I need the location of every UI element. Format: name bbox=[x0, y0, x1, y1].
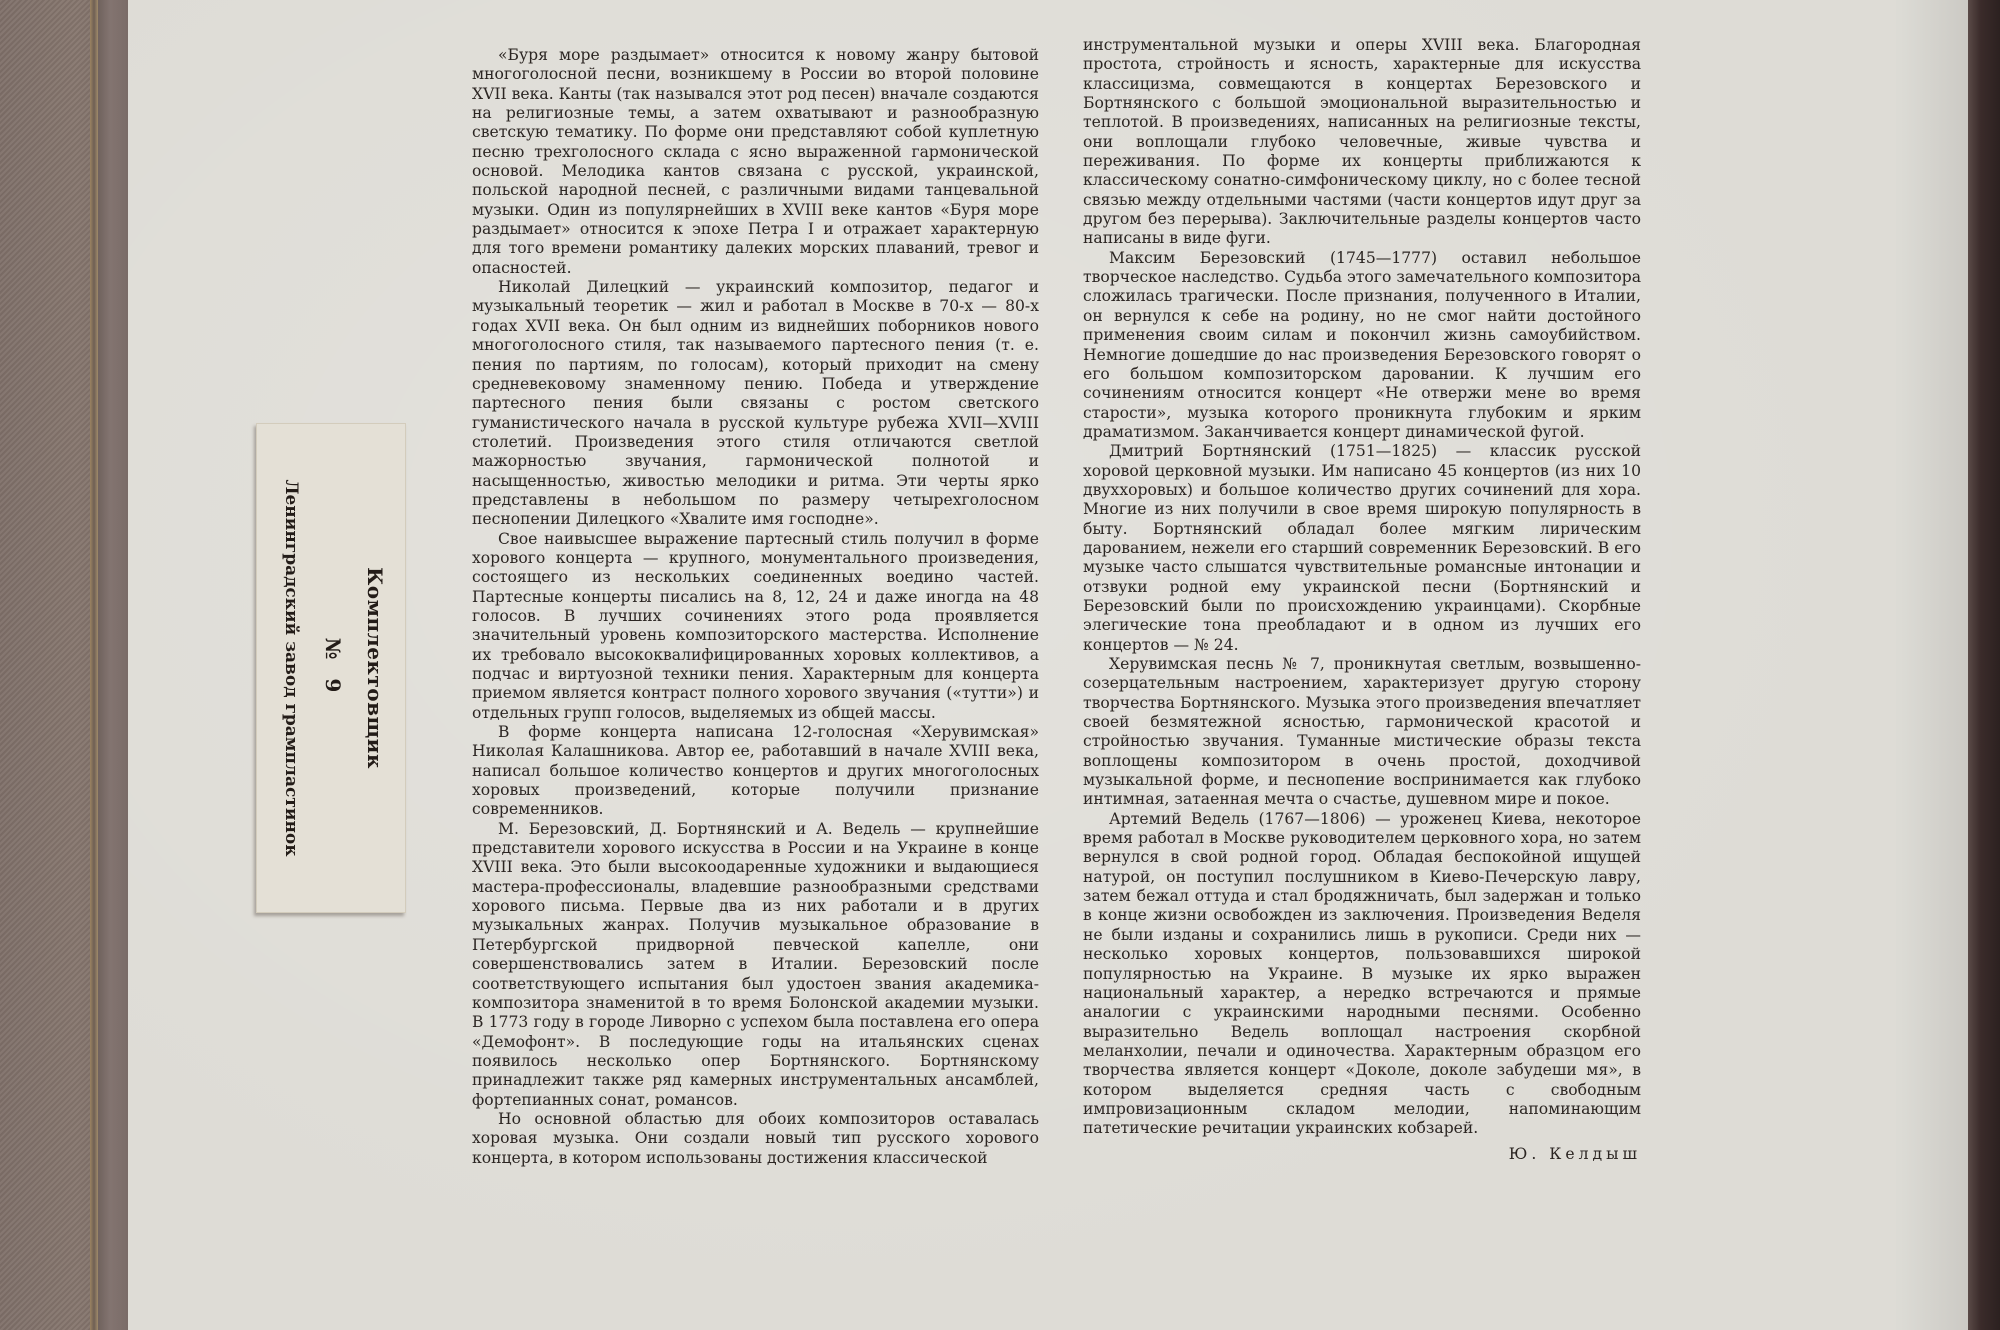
paragraph-vedel: Артемий Ведель (1767—1806) — уроженец Ки… bbox=[1083, 810, 1641, 1139]
binding-flap bbox=[98, 0, 128, 1330]
paragraph-three-composers: М. Березовский, Д. Бортнянский и А. Веде… bbox=[472, 820, 1039, 1110]
sticker-title: Комплектовщик bbox=[363, 567, 387, 769]
sticker-text: Комплектовщик № 9 Ленинградский завод гр… bbox=[256, 423, 406, 913]
sticker-factory: Ленинградский завод грампластинок bbox=[281, 479, 301, 856]
paragraph-choral-music: Но основной областью для обоих композито… bbox=[472, 1110, 1039, 1168]
article-column-left: «Буря море раздымает» относится к новому… bbox=[472, 46, 1039, 1168]
paragraph-partes-concert: Свое наивысшее выражение партесный стиль… bbox=[472, 530, 1039, 723]
paragraph-diletsky: Николай Дилецкий — украинский композитор… bbox=[472, 278, 1039, 529]
paragraph-cherubic-hymn: Херувимская песнь № 7, проникнутая светл… bbox=[1083, 655, 1641, 810]
paragraph-classicism-continued: инструментальной музыки и оперы XVIII ве… bbox=[1083, 36, 1641, 249]
article-column-right: инструментальной музыки и оперы XVIII ве… bbox=[1083, 36, 1641, 1164]
packer-sticker: Комплектовщик № 9 Ленинградский завод гр… bbox=[256, 423, 406, 913]
paragraph-kalashnikov: В форме концерта написана 12-голосная «Х… bbox=[472, 723, 1039, 820]
binding-seam bbox=[90, 0, 98, 1330]
paragraph-berezovsky: Максим Березовский (1745—1777) оставил н… bbox=[1083, 249, 1641, 442]
sticker-number: № 9 bbox=[321, 638, 345, 699]
dark-right-edge bbox=[1968, 0, 2000, 1330]
paragraph-bortniansky: Дмитрий Бортнянский (1751—1825) — класси… bbox=[1083, 442, 1641, 655]
page-right-shadow bbox=[1900, 0, 1968, 1330]
author-signature: Ю. Келдыш bbox=[1083, 1145, 1641, 1164]
photo-scene: Комплектовщик № 9 Ленинградский завод гр… bbox=[0, 0, 2000, 1330]
paragraph-kanty: «Буря море раздымает» относится к новому… bbox=[472, 46, 1039, 278]
